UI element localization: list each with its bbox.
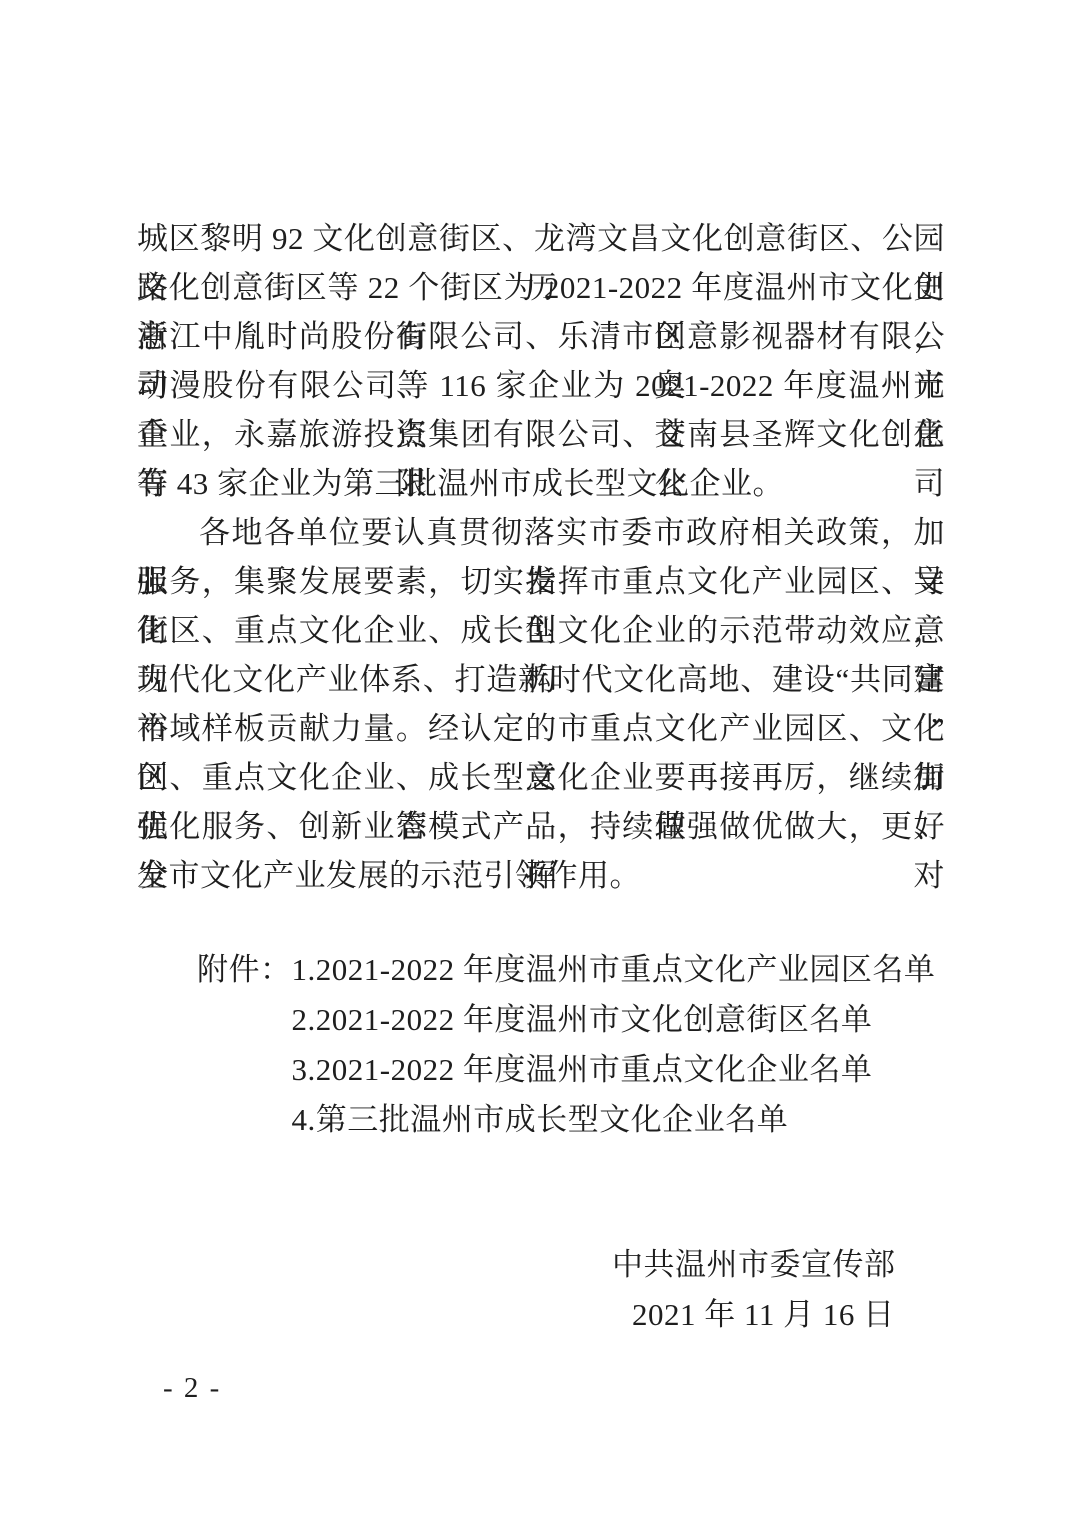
text-line: 优化服务、创新业态模式产品，持续做强做优做大，更好发挥对 — [137, 802, 945, 851]
text-line: 市域样板贡献力量。经认定的市重点文化产业园区、文化创意街 — [137, 704, 945, 753]
text-line: 街区、重点文化企业、成长型文化企业的示范带动效应，为构建 — [137, 606, 945, 655]
attachment-item: 2.2021-2022 年度温州市文化创意街区名单 — [292, 995, 936, 1045]
text-line: 企业，永嘉旅游投资集团有限公司、苍南县圣辉文化创意有限公司 — [137, 410, 945, 459]
attachments-list: 附件： 1.2021-2022 年度温州市重点文化产业园区名单 2.2021-2… — [197, 945, 935, 1145]
text-line: 城区黎明 92 文化创意街区、龙湾文昌文化创意街区、公园路历史 — [137, 214, 945, 263]
attachment-item: 1.2021-2022 年度温州市重点文化产业园区名单 — [292, 945, 936, 995]
text-line: 文化创意街区等 22 个街区为 2021-2022 年度温州市文化创意街区， — [137, 263, 945, 312]
text-line: 服务，集聚发展要素，切实发挥市重点文化产业园区、文化创意 — [137, 557, 945, 606]
attachment-item: 3.2021-2022 年度温州市重点文化企业名单 — [292, 1045, 936, 1095]
document-page: 城区黎明 92 文化创意街区、龙湾文昌文化创意街区、公园路历史 文化创意街区等 … — [0, 0, 1080, 1527]
signature-date: 2021 年 11 月 16 日 — [632, 1290, 895, 1340]
paragraph-directive: 各地各单位要认真贯彻落实市委市政府相关政策，加强指导 服务，集聚发展要素，切实发… — [137, 508, 945, 900]
attachments-items: 1.2021-2022 年度温州市重点文化产业园区名单 2.2021-2022 … — [292, 945, 936, 1145]
body-text: 城区黎明 92 文化创意街区、龙湾文昌文化创意街区、公园路历史 文化创意街区等 … — [137, 214, 945, 900]
text-line: 现代化文化产业体系、打造新时代文化高地、建设“共同富裕” — [137, 655, 945, 704]
paragraph-continued: 城区黎明 92 文化创意街区、龙湾文昌文化创意街区、公园路历史 文化创意街区等 … — [137, 214, 945, 508]
text-line: 动漫股份有限公司等 116 家企业为 2021-2022 年度温州市重点文化 — [137, 361, 945, 410]
text-line: 浙江中胤时尚股份有限公司、乐清市创意影视器材有限公司、奥光 — [137, 312, 945, 361]
text-line: 区、重点文化企业、成长型文化企业要再接再厉，继续加强管理、 — [137, 753, 945, 802]
page-number: - 2 - — [163, 1368, 221, 1408]
attachment-item: 4.第三批温州市成长型文化企业名单 — [292, 1095, 936, 1145]
attachments-label: 附件： — [197, 945, 292, 995]
signature-organization: 中共温州市委宣传部 — [612, 1240, 896, 1290]
text-line: 各地各单位要认真贯彻落实市委市政府相关政策，加强指导 — [137, 508, 945, 557]
